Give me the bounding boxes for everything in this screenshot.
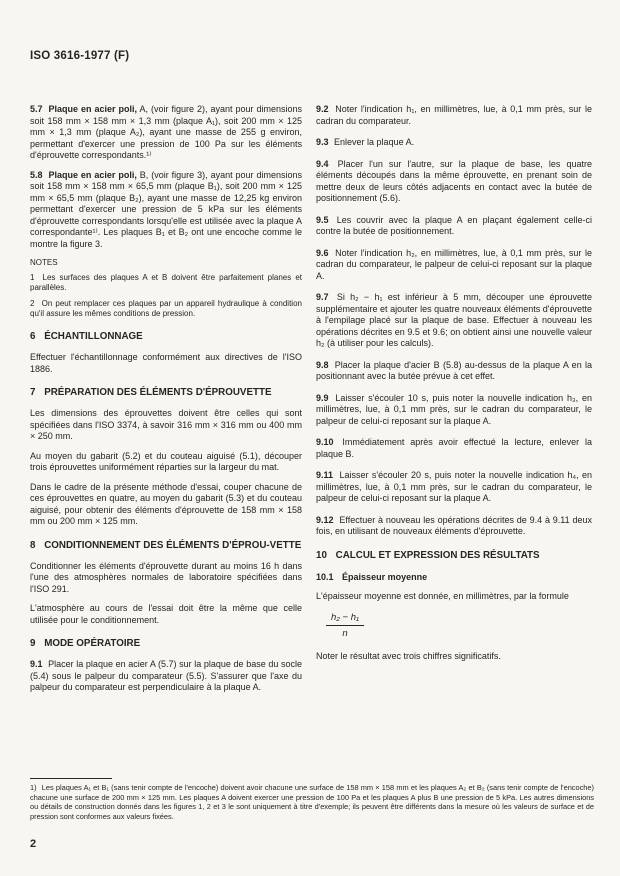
notes-heading: NOTES — [30, 258, 302, 267]
footnote-text: Les plaques A₁ et B₁ (sans tenir compte … — [30, 783, 594, 821]
section-text: Enlever la plaque A. — [334, 137, 414, 147]
heading-number: 6 — [30, 331, 35, 342]
note-number: 1 — [30, 273, 34, 282]
footnote-1: 1) Les plaques A₁ et B₁ (sans tenir comp… — [30, 783, 594, 821]
section-9-8: 9.8 Placer la plaque d'acier B (5.8) au-… — [316, 360, 592, 383]
section-number: 9.8 — [316, 360, 329, 370]
heading-number: 9 — [30, 638, 35, 649]
heading-10-1-epaisseur-moyenne: 10.1 Épaisseur moyenne — [316, 572, 592, 583]
section-number: 9.10 — [316, 437, 334, 447]
section-9-6: 9.6 Noter l'indication h₂, en millimètre… — [316, 248, 592, 283]
heading-6-echantillonnage: 6 ÉCHANTILLONNAGE — [30, 331, 302, 343]
section-number: 9.2 — [316, 104, 329, 114]
section-9-12: 9.12 Effectuer à nouveau les opérations … — [316, 515, 592, 538]
paragraph-7b: Au moyen du gabarit (5.2) et du couteau … — [30, 451, 302, 474]
section-number: 9.3 — [316, 137, 329, 147]
section-5-7: 5.7 Plaque en acier poli, A, (voir figur… — [30, 104, 302, 162]
section-9-9: 9.9 Laisser s'écouler 10 s, puis noter l… — [316, 393, 592, 428]
note-text: On peut remplacer ces plaques par un app… — [30, 299, 302, 318]
section-text: Placer la plaque en acier A (5.7) sur la… — [30, 659, 302, 692]
left-column: 5.7 Plaque en acier poli, A, (voir figur… — [30, 104, 302, 702]
document-reference: ISO 3616-1977 (F) — [30, 50, 129, 62]
section-text: Placer la plaque d'acier B (5.8) au-dess… — [316, 360, 592, 382]
section-text: B, (voir figure 3), ayant pour dimension… — [30, 170, 302, 249]
section-text: Effectuer à nouveau les opérations décri… — [316, 515, 592, 537]
paragraph-6: Effectuer l'échantillonnage conformément… — [30, 352, 302, 375]
section-9-4: 9.4 Placer l'un sur l'autre, sur la plaq… — [316, 159, 592, 205]
section-9-10: 9.10 Immédiatement après avoir effectué … — [316, 437, 592, 460]
section-9-5: 9.5 Les couvrir avec la plaque A en plaç… — [316, 215, 592, 238]
heading-7-preparation: 7 PRÉPARATION DES ÉLÉMENTS D'ÉPROUVETTE — [30, 387, 302, 399]
paragraph-8b: L'atmosphère au cours de l'essai doit êt… — [30, 603, 302, 626]
fraction: h₂ − h₁ n — [326, 612, 364, 639]
paragraph-7c: Dans le cadre de la présente méthode d'e… — [30, 482, 302, 528]
paragraph-7a: Les dimensions des éprouvettes doivent ê… — [30, 408, 302, 443]
heading-title: CALCUL ET EXPRESSION DES RÉSULTATS — [336, 550, 540, 561]
section-lead: Plaque en acier poli, — [49, 104, 138, 114]
section-text: Placer l'un sur l'autre, sur la plaque d… — [316, 159, 592, 204]
section-9-11: 9.11 Laisser s'écouler 20 s, puis noter … — [316, 470, 592, 505]
section-text: Si h₂ − h₁ est inférieur à 5 mm, découpe… — [316, 292, 592, 348]
section-number: 5.7 — [30, 104, 43, 114]
section-text: Les couvrir avec la plaque A en plaçant … — [316, 215, 592, 237]
heading-title: MODE OPÉRATOIRE — [44, 638, 140, 649]
fraction-numerator: h₂ − h₁ — [326, 612, 364, 626]
note-1: 1 Les surfaces des plaques A et B doiven… — [30, 273, 302, 293]
section-number: 5.8 — [30, 170, 43, 180]
section-number: 9.4 — [316, 159, 329, 169]
document-page: ISO 3616-1977 (F) 5.7 Plaque en acier po… — [0, 0, 620, 876]
section-9-1: 9.1 Placer la plaque en acier A (5.7) su… — [30, 659, 302, 694]
section-text: Noter l'indication h₂, en millimètres, l… — [316, 248, 592, 281]
fraction-denominator: n — [326, 626, 364, 639]
page-number: 2 — [30, 838, 36, 850]
section-9-2: 9.2 Noter l'indication h₁, en millimètre… — [316, 104, 592, 127]
section-text: Noter l'indication h₁, en millimètres, l… — [316, 104, 592, 126]
heading-number: 8 — [30, 540, 35, 551]
section-number: 9.1 — [30, 659, 43, 669]
paragraph-10-1b: Noter le résultat avec trois chiffres si… — [316, 651, 592, 663]
footnote-rule — [30, 778, 112, 779]
heading-title: ÉCHANTILLONNAGE — [44, 331, 143, 342]
right-column: 9.2 Noter l'indication h₁, en millimètre… — [316, 104, 592, 673]
section-text: Laisser s'écouler 10 s, puis noter la no… — [316, 393, 592, 426]
section-number: 9.5 — [316, 215, 329, 225]
footnote-number: 1) — [30, 783, 37, 792]
section-lead: Plaque en acier poli, — [48, 170, 136, 180]
section-number: 9.6 — [316, 248, 329, 258]
heading-title: PRÉPARATION DES ÉLÉMENTS D'ÉPROUVETTE — [44, 387, 271, 398]
section-text: Laisser s'écouler 20 s, puis noter la no… — [316, 470, 592, 503]
section-number: 9.9 — [316, 393, 329, 403]
section-number: 9.11 — [316, 470, 333, 480]
section-number: 9.7 — [316, 292, 329, 302]
note-number: 2 — [30, 299, 34, 308]
note-text: Les surfaces des plaques A et B doivent … — [30, 273, 302, 292]
section-number: 9.12 — [316, 515, 334, 525]
heading-10-calcul: 10 CALCUL ET EXPRESSION DES RÉSULTATS — [316, 550, 592, 562]
section-9-7: 9.7 Si h₂ − h₁ est inférieur à 5 mm, déc… — [316, 292, 592, 350]
heading-9-mode-operatoire: 9 MODE OPÉRATOIRE — [30, 638, 302, 650]
note-2: 2 On peut remplacer ces plaques par un a… — [30, 299, 302, 319]
heading-title: Épaisseur moyenne — [342, 572, 427, 582]
thickness-formula: h₂ − h₁ n — [326, 612, 592, 639]
section-9-3: 9.3 Enlever la plaque A. — [316, 137, 592, 149]
heading-number: 10 — [316, 550, 327, 561]
heading-8-conditionnement: 8 CONDITIONNEMENT DES ÉLÉMENTS D'ÉPROU-V… — [30, 540, 302, 552]
section-text: Immédiatement après avoir effectué la le… — [316, 437, 592, 459]
heading-number: 7 — [30, 387, 35, 398]
section-5-8: 5.8 Plaque en acier poli, B, (voir figur… — [30, 170, 302, 251]
paragraph-8a: Conditionner les éléments d'éprouvette d… — [30, 561, 302, 596]
paragraph-10-1: L'épaisseur moyenne est donnée, en milli… — [316, 591, 592, 603]
heading-title: CONDITIONNEMENT DES ÉLÉMENTS D'ÉPROU-VET… — [44, 540, 301, 551]
footnote-block: 1) Les plaques A₁ et B₁ (sans tenir comp… — [30, 778, 594, 821]
heading-number: 10.1 — [316, 572, 334, 582]
